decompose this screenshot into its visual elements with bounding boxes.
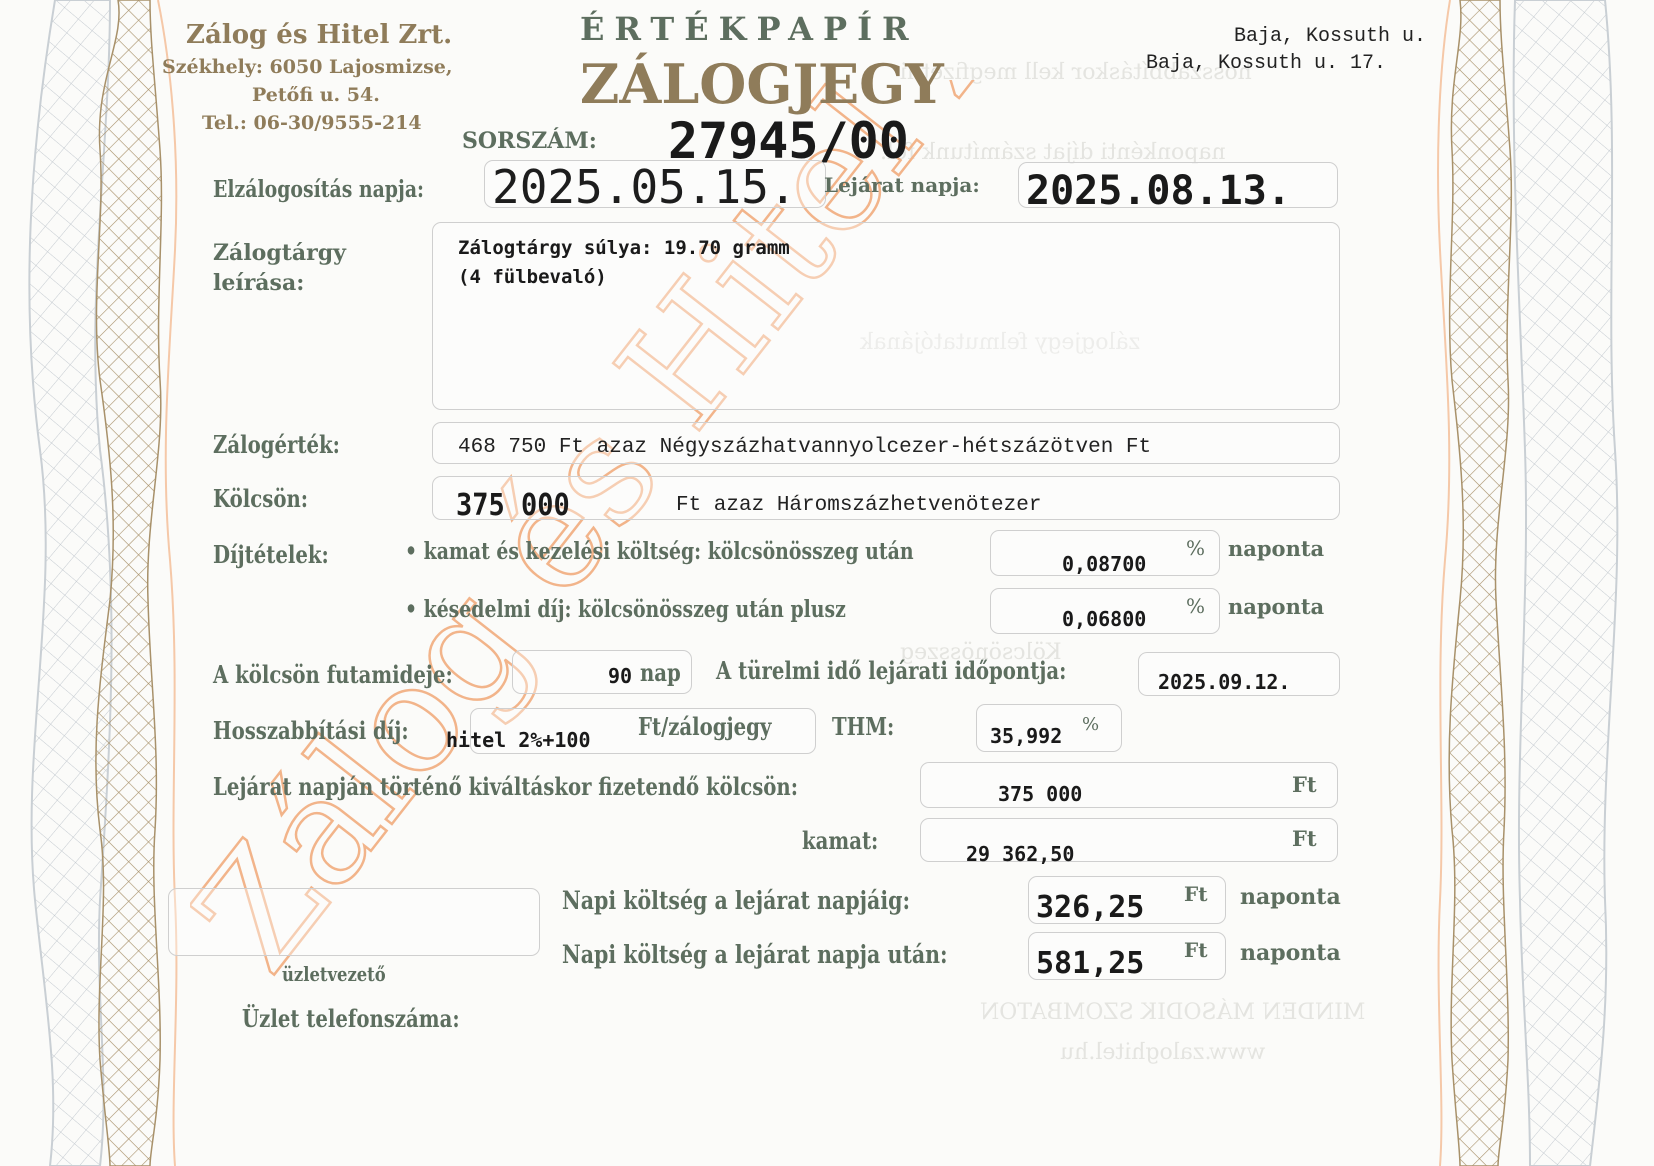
extension-label: Hosszabbítási díj: — [213, 716, 409, 745]
branch-address-line2: Baja, Kossuth u. 17. — [1146, 52, 1386, 75]
daily-cost-after-unit: Ft — [1184, 938, 1207, 962]
document-title: ZÁLOGJEGY — [580, 52, 944, 116]
expiry-date-value: 2025.08.13. — [1026, 168, 1291, 214]
daily-cost-after-label: Napi költség a lejárat napja után: — [562, 940, 948, 969]
company-seat: Székhely: 6050 Lajosmizse, — [162, 56, 452, 78]
interest-label: kamat: — [802, 826, 878, 855]
extension-unit: Ft/zálogjegy — [638, 712, 771, 741]
thm-unit: % — [1082, 714, 1099, 735]
pledge-date-value: 2025.05.15. — [492, 160, 797, 214]
daily-cost-until-unit: Ft — [1184, 882, 1207, 906]
redemption-loan-unit: Ft — [1292, 772, 1317, 797]
daily-cost-until-value: 326,25 — [1036, 890, 1144, 925]
daily-cost-until-period: naponta — [1240, 884, 1341, 910]
redemption-loan-value: 375 000 — [998, 782, 1082, 806]
term-label: A kölcsön futamideje: — [213, 660, 453, 689]
manager-signature-box — [168, 888, 540, 956]
term-unit: nap — [640, 658, 681, 687]
daily-cost-until-label: Napi költség a lejárat napjáig: — [562, 886, 910, 915]
company-name: Zálog és Hitel Zrt. — [186, 20, 452, 50]
grace-label: A türelmi idő lejárati időpontja: — [716, 656, 1066, 685]
fee-late-unit: % — [1186, 594, 1205, 618]
item-label-line1: Zálogtárgy — [213, 240, 346, 266]
serial-label: SORSZÁM: — [462, 128, 597, 154]
fees-label: Díjtételek: — [213, 540, 329, 569]
loan-amount-words: Ft azaz Háromszázhetvenötezer — [676, 494, 1041, 517]
right-guilloche-border — [1430, 0, 1654, 1166]
company-phone: Tel.: 06-30/9555-214 — [202, 112, 422, 134]
manager-label: üzletvezető — [282, 962, 386, 986]
redemption-loan-field — [920, 762, 1338, 808]
daily-cost-after-value: 581,25 — [1036, 946, 1144, 981]
document-type: ÉRTÉKPAPÍR — [580, 10, 919, 48]
item-description-line1: Zálogtárgy súlya: 19.70 gramm — [458, 237, 790, 259]
fee-late-value: 0,06800 — [1062, 607, 1146, 631]
company-street: Petőfi u. 54. — [252, 84, 380, 106]
term-value: 90 — [608, 664, 632, 688]
pledge-value-text: 468 750 Ft azaz Négyszázhatvannyolcezer-… — [458, 436, 1151, 459]
interest-unit: Ft — [1292, 826, 1317, 851]
grace-value: 2025.09.12. — [1158, 670, 1290, 694]
redemption-label: Lejárat napján történő kiváltáskor fizet… — [213, 772, 798, 801]
thm-label: THM: — [832, 712, 894, 741]
item-label-line2: leírása: — [213, 270, 304, 296]
branch-address-line1: Baja, Kossuth u. — [1234, 25, 1426, 48]
extension-value: hitel 2%+100 — [446, 728, 591, 752]
interest-value: 29 362,50 — [966, 842, 1074, 866]
loan-label: Kölcsön: — [213, 484, 308, 513]
loan-amount: 375 000 — [456, 488, 570, 523]
fee-interest-text: • kamat és kezelési költség: kölcsönössz… — [405, 538, 914, 565]
pledge-value-label: Zálogérték: — [213, 430, 340, 459]
thm-value: 35,992 — [990, 724, 1062, 748]
expiry-date-label: Lejárat napja: — [824, 173, 980, 197]
fee-late-period: naponta — [1228, 594, 1324, 619]
fee-late-text: • késedelmi díj: kölcsönösszeg után plus… — [405, 596, 846, 623]
fee-interest-value: 0,08700 — [1062, 552, 1146, 576]
item-description-line2: (4 fülbevaló) — [458, 266, 607, 288]
fee-interest-period: naponta — [1228, 536, 1324, 561]
fee-interest-unit: % — [1186, 536, 1205, 560]
pledge-date-label: Elzálogosítás napja: — [213, 176, 424, 203]
left-guilloche-border — [0, 0, 190, 1166]
daily-cost-after-period: naponta — [1240, 940, 1341, 966]
shop-phone-label: Üzlet telefonszáma: — [242, 1004, 460, 1033]
